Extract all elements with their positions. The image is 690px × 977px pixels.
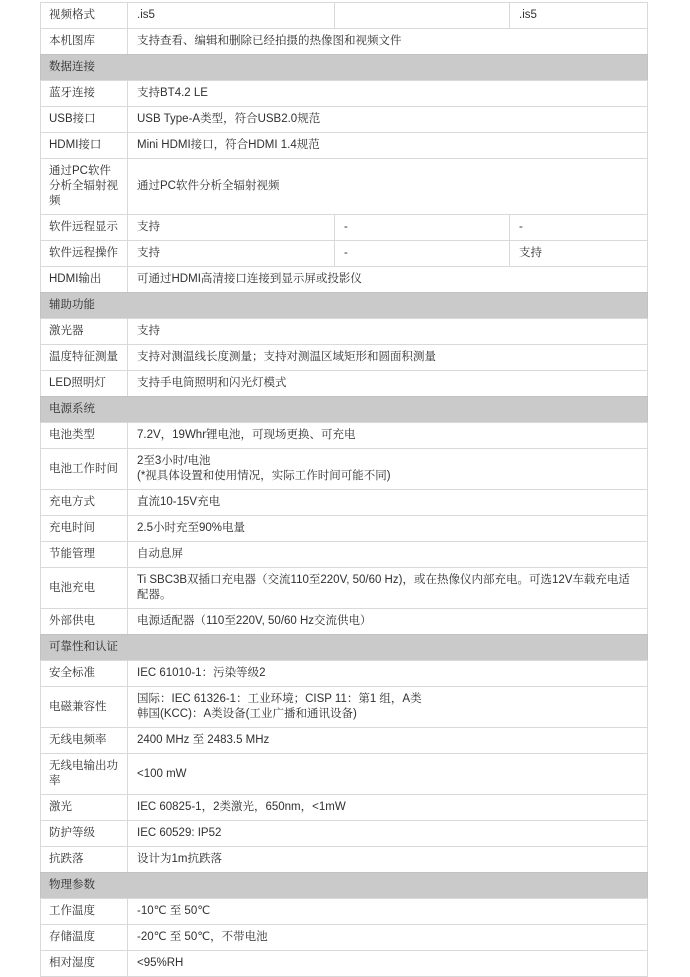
table-row: 通过PC软件分析全辐射视频通过PC软件分析全辐射视频 <box>40 158 648 215</box>
table-row: USB接口USB Type-A类型，符合USB2.0规范 <box>40 106 648 133</box>
spec-table: 视频格式.is5.is5本机图库支持查看、编辑和删除已经拍摄的热像图和视频文件数… <box>40 2 648 831</box>
table-row: 视频格式.is5.is5 <box>40 2 648 29</box>
row-label: 通过PC软件分析全辐射视频 <box>41 159 127 214</box>
row-label: 充电时间 <box>41 516 127 541</box>
table-row: 电磁兼容性国际：IEC 61326-1：工业环境；CISP 11：第1 组，A类… <box>40 686 648 728</box>
table-row: 无线电输出功率<100 mW <box>40 753 648 795</box>
row-label: 节能管理 <box>41 542 127 567</box>
row-label: HDMI输出 <box>41 267 127 292</box>
row-label: 激光器 <box>41 319 127 344</box>
row-value: Mini HDMI接口，符合HDMI 1.4规范 <box>127 133 647 158</box>
section-title: 辅助功能 <box>41 293 647 318</box>
section-header-row: 电源系统 <box>40 396 648 423</box>
table-row: 蓝牙连接支持BT4.2 LE <box>40 80 648 107</box>
row-value: 2至3小时/电池 (*视具体设置和使用情况，实际工作时间可能不同) <box>127 449 647 489</box>
row-label: 软件远程操作 <box>41 241 127 266</box>
row-label: USB接口 <box>41 107 127 132</box>
row-value: 支持查看、编辑和删除已经拍摄的热像图和视频文件 <box>127 29 647 54</box>
table-row: 无线电频率2400 MHz 至 2483.5 MHz <box>40 727 648 754</box>
table-row: 温度特征测量支持对测温线长度测量；支持对测温区域矩形和圆面积测量 <box>40 344 648 371</box>
row-value: <100 mW <box>127 754 647 794</box>
table-row: HDMI接口Mini HDMI接口，符合HDMI 1.4规范 <box>40 132 648 159</box>
row-value: 支持手电筒照明和闪光灯模式 <box>127 371 647 396</box>
section-title: 数据连接 <box>41 55 647 80</box>
row-value: - <box>509 215 647 240</box>
row-label: 电磁兼容性 <box>41 687 127 727</box>
row-value: IEC 60529: IP52 <box>127 821 647 831</box>
row-value: 支持 <box>509 241 647 266</box>
row-value: 支持对测温线长度测量；支持对测温区域矩形和圆面积测量 <box>127 345 647 370</box>
row-value: 支持 <box>127 319 647 344</box>
row-value: - <box>334 241 509 266</box>
row-label: 无线电频率 <box>41 728 127 753</box>
table-row: 外部供电电源适配器（110至220V, 50/60 Hz交流供电） <box>40 608 648 635</box>
table-row: 电池类型7.2V，19Whr锂电池，可现场更换、可充电 <box>40 422 648 449</box>
row-label: 温度特征测量 <box>41 345 127 370</box>
row-value <box>334 3 509 28</box>
table-row: 防护等级IEC 60529: IP52 <box>40 820 648 831</box>
row-value: 通过PC软件分析全辐射视频 <box>127 159 647 214</box>
table-row: 软件远程显示支持-- <box>40 214 648 241</box>
table-row: 节能管理自动息屏 <box>40 541 648 568</box>
row-label: 电池类型 <box>41 423 127 448</box>
row-label: 软件远程显示 <box>41 215 127 240</box>
row-value: IEC 61010-1：污染等级2 <box>127 661 647 686</box>
row-value: 支持BT4.2 LE <box>127 81 647 106</box>
row-label: 防护等级 <box>41 821 127 831</box>
table-row: 本机图库支持查看、编辑和删除已经拍摄的热像图和视频文件 <box>40 28 648 55</box>
row-value: 2400 MHz 至 2483.5 MHz <box>127 728 647 753</box>
row-label: 无线电输出功率 <box>41 754 127 794</box>
row-value: USB Type-A类型，符合USB2.0规范 <box>127 107 647 132</box>
table-row: 激光器支持 <box>40 318 648 345</box>
table-row: 充电时间2.5小时充至90%电量 <box>40 515 648 542</box>
row-label: 本机图库 <box>41 29 127 54</box>
section-title: 电源系统 <box>41 397 647 422</box>
row-value: 直流10-15V充电 <box>127 490 647 515</box>
row-label: 电池充电 <box>41 568 127 608</box>
row-value: 可通过HDMI高清接口连接到显示屏或投影仪 <box>127 267 647 292</box>
row-value: 自动息屏 <box>127 542 647 567</box>
section-title: 可靠性和认证 <box>41 635 647 660</box>
row-value: - <box>334 215 509 240</box>
table-row: 安全标准IEC 61010-1：污染等级2 <box>40 660 648 687</box>
row-value: 电源适配器（110至220V, 50/60 Hz交流供电） <box>127 609 647 634</box>
row-value: 支持 <box>127 215 334 240</box>
row-label: 外部供电 <box>41 609 127 634</box>
row-value: 7.2V，19Whr锂电池，可现场更换、可充电 <box>127 423 647 448</box>
row-value: IEC 60825-1，2类激光，650nm，<1mW <box>127 795 647 820</box>
row-value: 2.5小时充至90%电量 <box>127 516 647 541</box>
row-value: Ti SBC3B双插口充电器（交流110至220V, 50/60 Hz)，或在热… <box>127 568 647 608</box>
row-value: 国际：IEC 61326-1：工业环境；CISP 11：第1 组，A类 韩国(K… <box>127 687 647 727</box>
row-label: LED照明灯 <box>41 371 127 396</box>
table-row: HDMI输出可通过HDMI高清接口连接到显示屏或投影仪 <box>40 266 648 293</box>
row-label: 视频格式 <box>41 3 127 28</box>
row-value: .is5 <box>509 3 647 28</box>
row-label: 安全标准 <box>41 661 127 686</box>
row-label: 蓝牙连接 <box>41 81 127 106</box>
row-label: 激光 <box>41 795 127 820</box>
table-row: 电池充电Ti SBC3B双插口充电器（交流110至220V, 50/60 Hz)… <box>40 567 648 609</box>
row-label: 电池工作时间 <box>41 449 127 489</box>
table-row: LED照明灯支持手电筒照明和闪光灯模式 <box>40 370 648 397</box>
row-label: HDMI接口 <box>41 133 127 158</box>
table-row: 充电方式直流10-15V充电 <box>40 489 648 516</box>
section-header-row: 可靠性和认证 <box>40 634 648 661</box>
row-label: 充电方式 <box>41 490 127 515</box>
row-value: .is5 <box>127 3 334 28</box>
table-row: 电池工作时间2至3小时/电池 (*视具体设置和使用情况，实际工作时间可能不同) <box>40 448 648 490</box>
section-header-row: 辅助功能 <box>40 292 648 319</box>
table-row: 软件远程操作支持-支持 <box>40 240 648 267</box>
row-value: 支持 <box>127 241 334 266</box>
table-row: 激光IEC 60825-1，2类激光，650nm，<1mW <box>40 794 648 821</box>
section-header-row: 数据连接 <box>40 54 648 81</box>
